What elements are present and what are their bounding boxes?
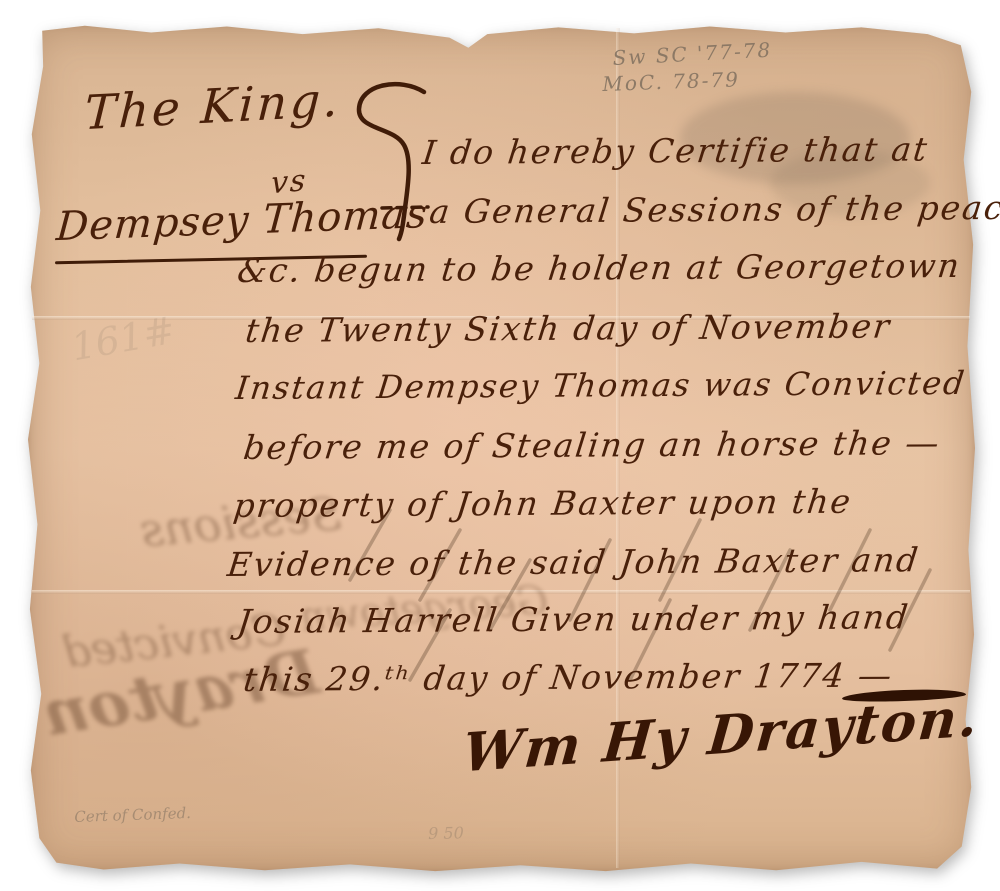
body-line: this 29.ᵗʰ day of November 1774 — (241, 655, 895, 699)
body-line: &c. begun to be holden at Georgetown (235, 246, 963, 290)
pencil-note-bottom-center: 9 50 (428, 823, 464, 843)
body-line: a General Sessions of the peace (427, 188, 1000, 231)
body-line: property of John Baxter upon the (231, 482, 854, 525)
scanned-document-page: Sessions Georgetown Convicted Drayton Th… (0, 0, 1000, 891)
body-line: before me of Stealing an horse the — (241, 423, 942, 467)
body-line: Josiah Harrell Given under my hand (235, 597, 911, 641)
manuscript-brace-icon (342, 82, 432, 242)
body-line: Evidence of the said John Baxter and (225, 540, 921, 584)
pencil-note-top-right-2: MoC. 78-79 (602, 67, 740, 96)
body-line: I do hereby Certifie that at (420, 129, 930, 172)
body-line: Instant Dempsey Thomas was Convicted (234, 364, 968, 407)
body-line: the Twenty Sixth day of November (243, 306, 893, 350)
